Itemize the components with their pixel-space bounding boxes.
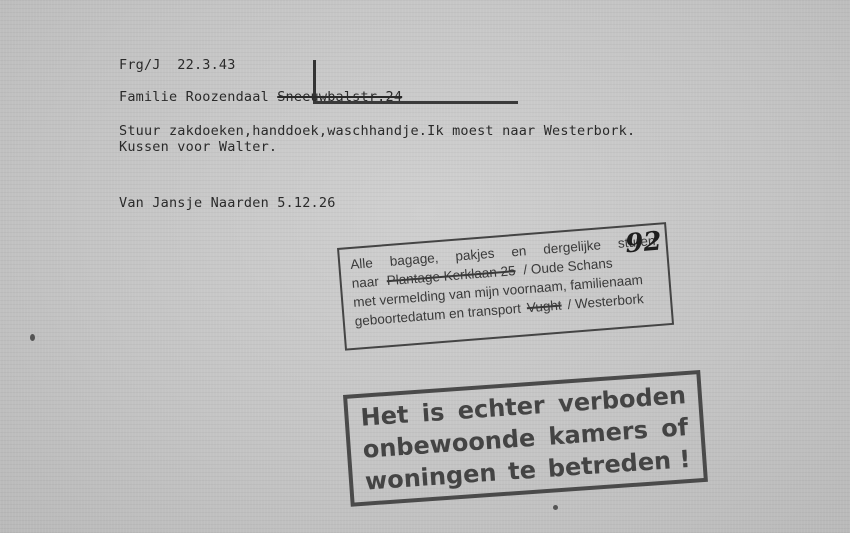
ink-speck [553, 505, 558, 510]
reference-line: Frg/J 22.3.43 [119, 57, 236, 73]
handwritten-number: 92 [625, 233, 663, 255]
stamp-word: en [511, 241, 527, 261]
stamp-word: Alle [350, 253, 374, 274]
letter-date: 22.3.43 [177, 57, 235, 73]
stamp-word: naar [351, 272, 379, 293]
reference-code: Frg/J [119, 57, 161, 73]
warning-word: is [421, 396, 446, 429]
struck-place: Vught [526, 296, 562, 318]
message-line-1: Stuur zakdoeken,handdoek,waschhandje.Ik … [119, 123, 635, 139]
warning-word: Het [360, 399, 410, 434]
ink-speck [30, 334, 35, 341]
message-line-2: Kussen voor Walter. [119, 139, 277, 155]
warning-word: of [660, 411, 689, 445]
struck-address: Sneeuwbalstr.24 [277, 89, 402, 105]
addressee: Familie Roozendaal [119, 89, 269, 105]
warning-word: te [507, 454, 537, 488]
address-line: Familie Roozendaal Sneeuwbalstr.24 [119, 89, 402, 105]
signature-line: Van Jansje Naarden 5.12.26 [119, 195, 336, 211]
